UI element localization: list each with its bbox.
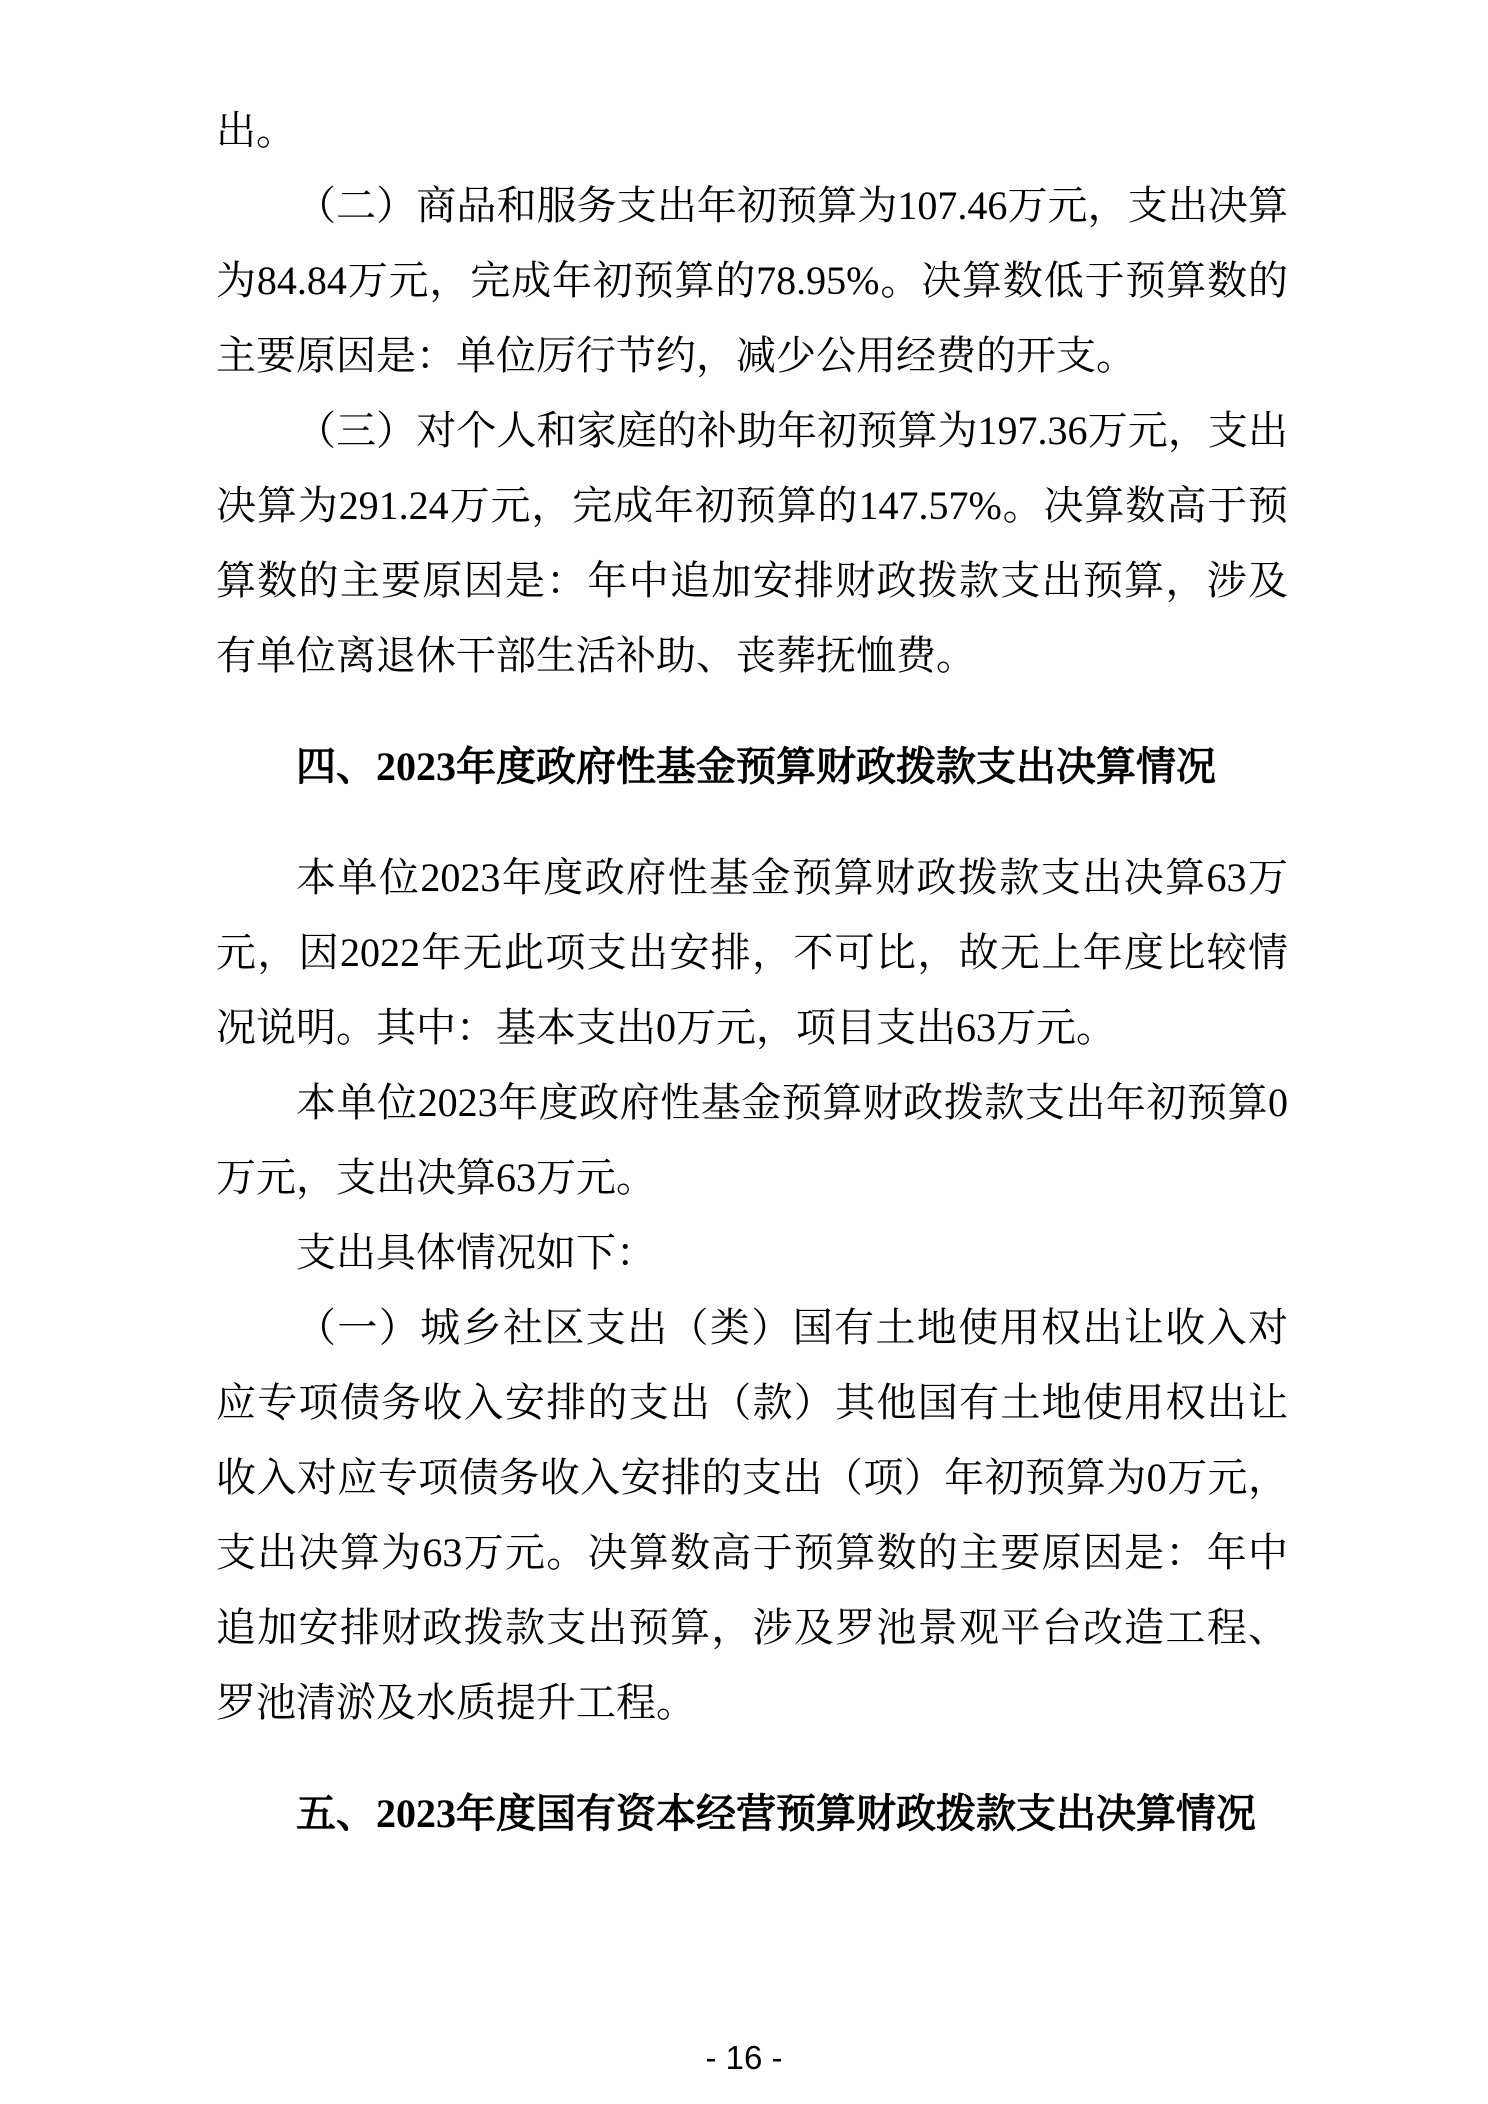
paragraph-continuation: 出。	[216, 93, 1288, 168]
paragraph-fund-budget-overview: 本单位2023年度政府性基金预算财政拨款支出决算63万元，因2022年无此项支出…	[216, 840, 1288, 1065]
paragraph-expenditure-details-intro: 支出具体情况如下：	[216, 1215, 1288, 1290]
paragraph-urban-rural-community-expenditure: （一）城乡社区支出（类）国有土地使用权出让收入对应专项债务收入安排的支出（款）其…	[216, 1290, 1288, 1740]
page-number: - 16 -	[0, 2038, 1488, 2078]
paragraph-individual-family-subsidy: （三）对个人和家庭的补助年初预算为197.36万元，支出决算为291.24万元，…	[216, 393, 1288, 693]
paragraph-fund-budget-initial: 本单位2023年度政府性基金预算财政拨款支出年初预算0万元，支出决算63万元。	[216, 1065, 1288, 1215]
paragraph-goods-services-expenditure: （二）商品和服务支出年初预算为107.46万元，支出决算为84.84万元，完成年…	[216, 168, 1288, 393]
document-body: 出。 （二）商品和服务支出年初预算为107.46万元，支出决算为84.84万元，…	[216, 93, 1288, 1887]
document-page: 出。 （二）商品和服务支出年初预算为107.46万元，支出决算为84.84万元，…	[0, 0, 1488, 2104]
section-heading-state-capital-budget: 五、2023年度国有资本经营预算财政拨款支出决算情况	[216, 1776, 1288, 1851]
section-heading-government-fund-budget: 四、2023年度政府性基金预算财政拨款支出决算情况	[216, 729, 1288, 804]
